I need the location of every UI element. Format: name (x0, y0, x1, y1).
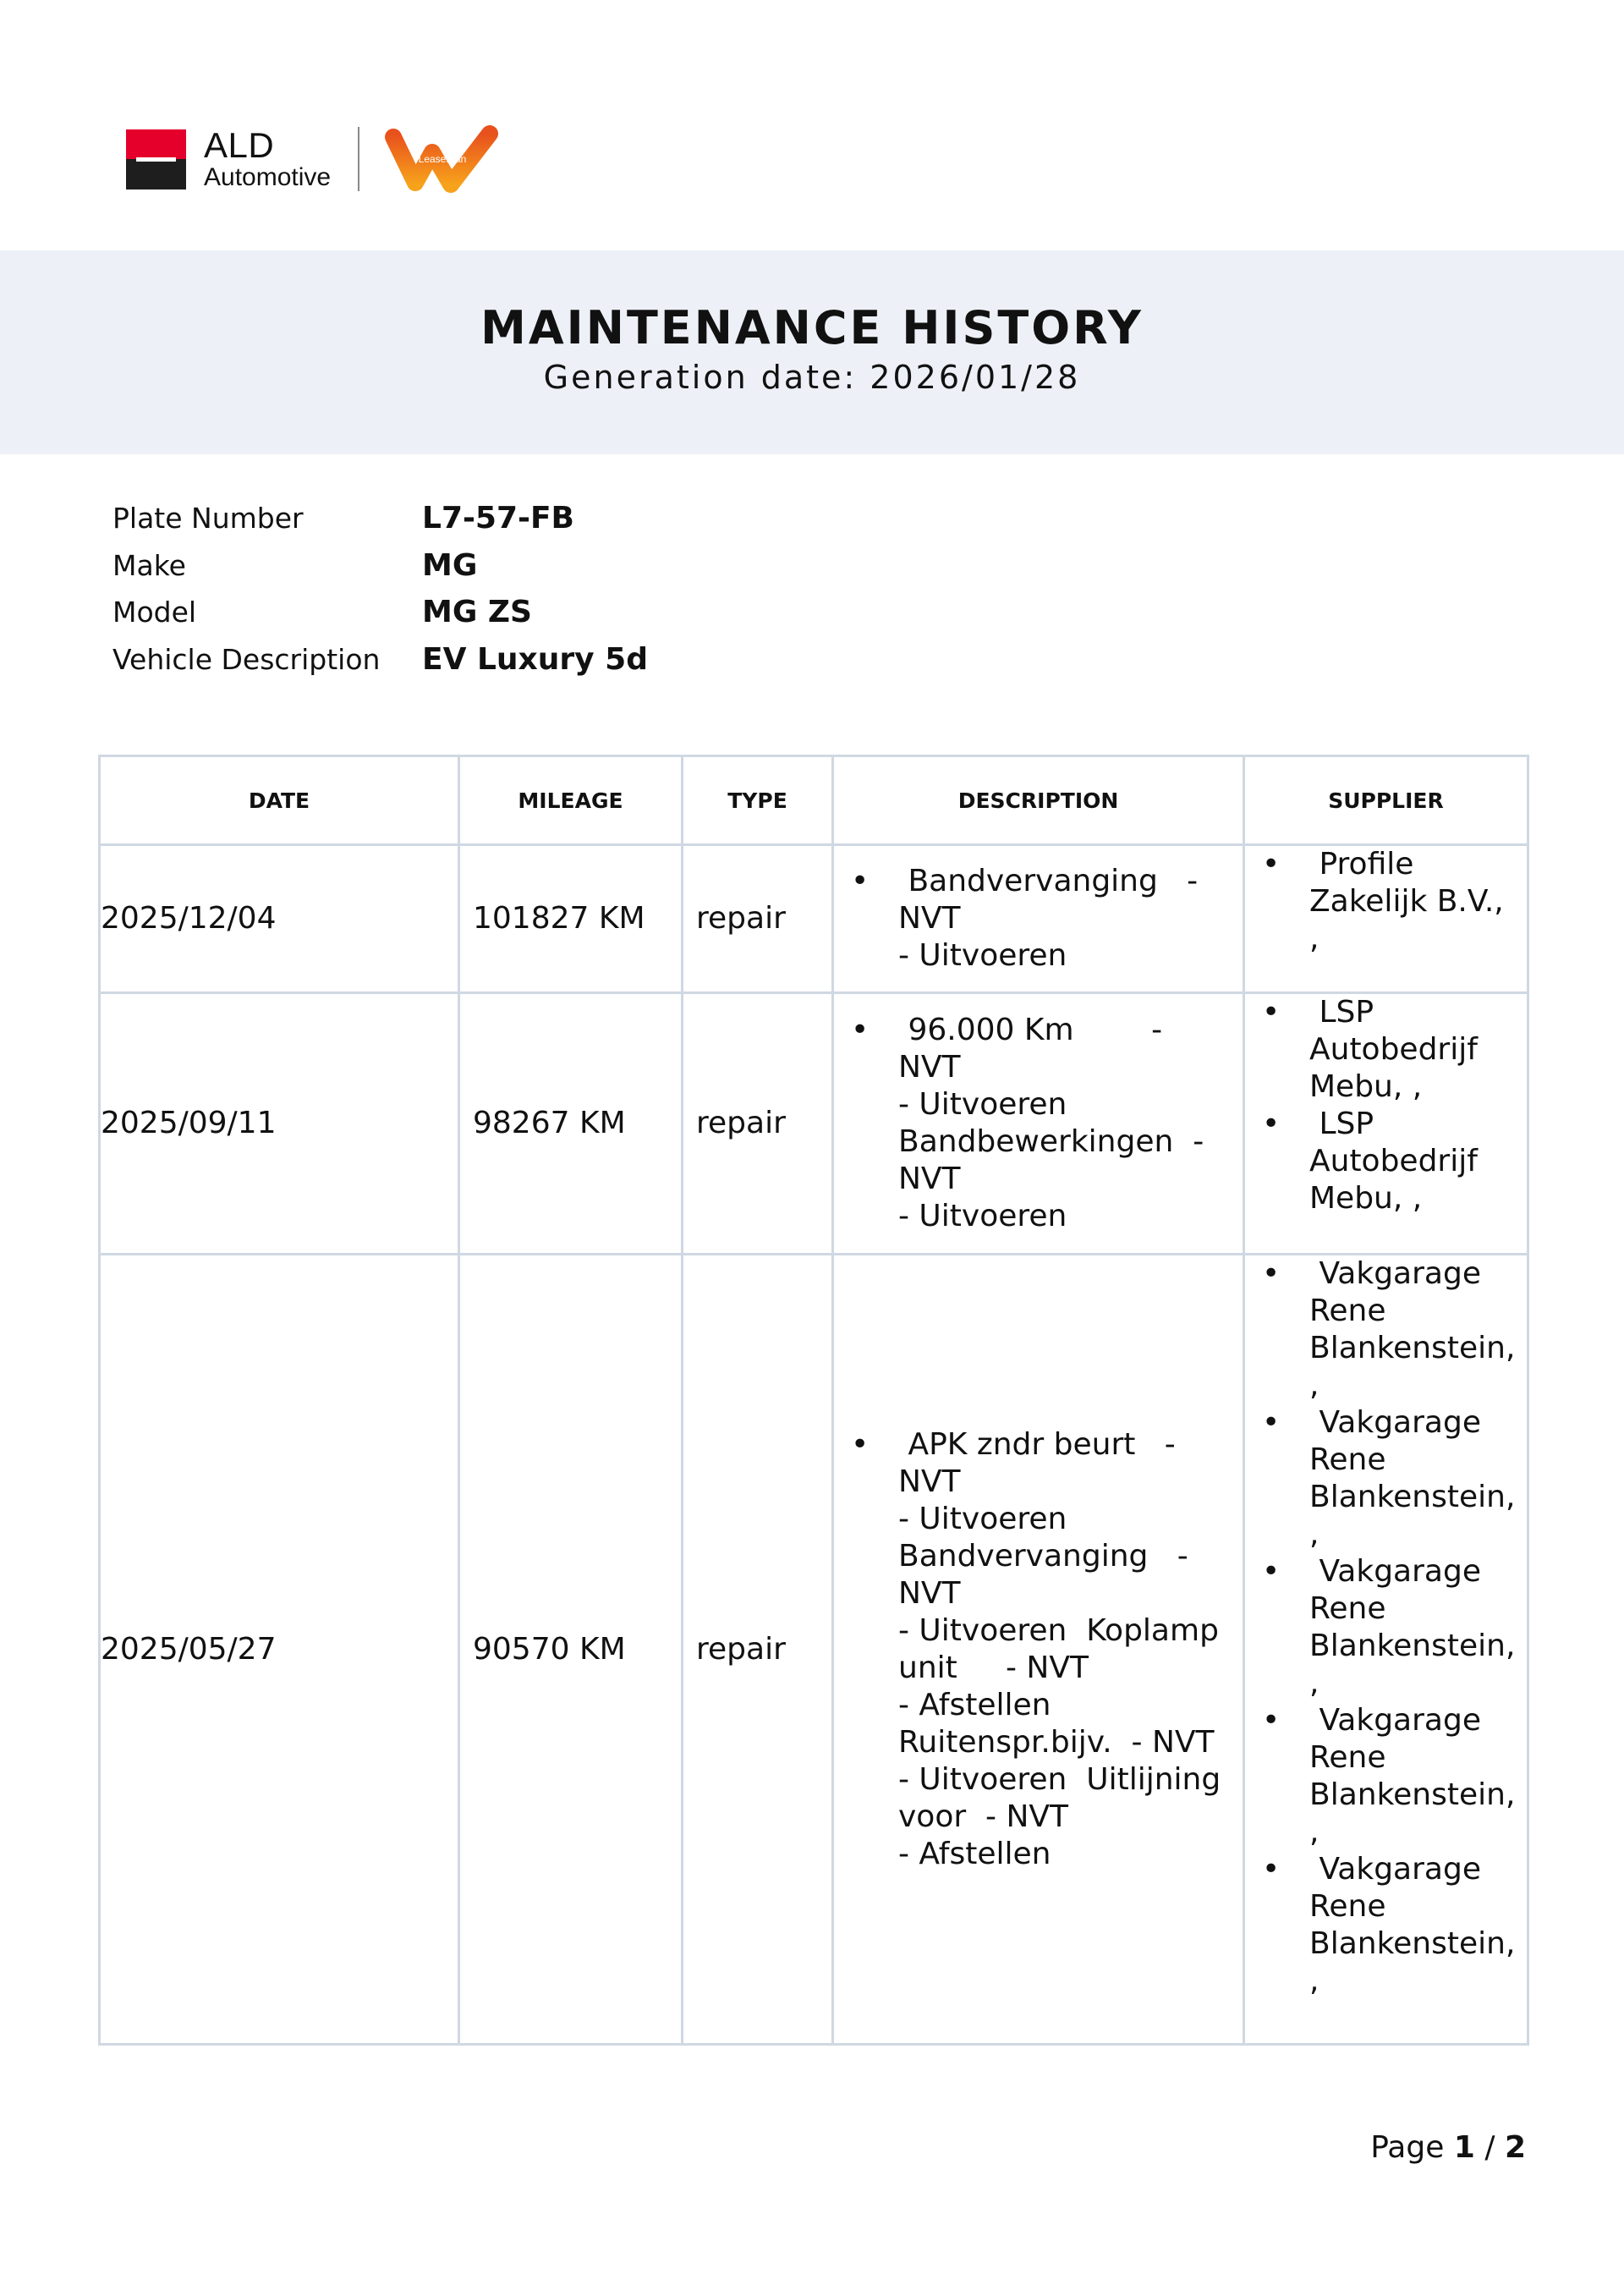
cell-mileage: 98267 KM (459, 993, 683, 1255)
cell-supplier: LSP Autobedrijf Mebu, , LSP Autobedrijf … (1244, 993, 1528, 1255)
cell-description: 96.000 Km - NVT - Uitvoeren Bandbewerkin… (833, 993, 1244, 1255)
supplier-item: LSP Autobedrijf Mebu, , (1309, 1106, 1520, 1217)
table-header-row: DATE MILEAGE TYPE DESCRIPTION SUPPLIER (100, 756, 1528, 845)
description-list: Bandvervanging - NVT - Uitvoeren (834, 863, 1243, 975)
field-label: Plate Number (112, 502, 422, 535)
field-label: Model (112, 596, 422, 629)
supplier-list: Vakgarage Rene Blankenstein, , Vakgarage… (1245, 1255, 1527, 2000)
supplier-item: Vakgarage Rene Blankenstein, , (1309, 1255, 1520, 1404)
description-list: APK zndr beurt - NVT - Uitvoeren Bandver… (834, 1426, 1243, 1873)
table-row: 2025/05/27 90570 KM repair APK zndr beur… (100, 1255, 1528, 2045)
supplier-item: LSP Autobedrijf Mebu, , (1309, 994, 1520, 1106)
vehicle-field-description: Vehicle Description EV Luxury 5d (112, 642, 648, 689)
column-header-type: TYPE (683, 756, 833, 845)
cell-description: APK zndr beurt - NVT - Uitvoeren Bandver… (833, 1255, 1244, 2045)
logo-divider (358, 127, 359, 191)
field-value: EV Luxury 5d (422, 642, 648, 677)
generation-date: Generation date: 2026/01/28 (0, 359, 1624, 396)
field-value: L7-57-FB (422, 501, 574, 536)
field-label: Vehicle Description (112, 643, 422, 676)
leaseplan-logo-icon: LeasePlan (385, 125, 499, 193)
supplier-item: Vakgarage Rene Blankenstein, , (1309, 1553, 1520, 1702)
cell-mileage: 101827 KM (459, 845, 683, 993)
cell-supplier: Vakgarage Rene Blankenstein, , Vakgarage… (1244, 1255, 1528, 2045)
column-header-date: DATE (100, 756, 459, 845)
cell-supplier: Profile Zakelijk B.V., , (1244, 845, 1528, 993)
ald-logo-line2: Automotive (204, 165, 331, 190)
supplier-item: Profile Zakelijk B.V., , (1309, 846, 1520, 958)
supplier-item: Vakgarage Rene Blankenstein, , (1309, 1404, 1520, 1553)
logo-bar: ALD Automotive LeasePlan (126, 125, 499, 193)
ald-logo-line1: ALD (204, 128, 331, 163)
page-separator: / (1484, 2130, 1495, 2165)
field-label: Make (112, 549, 422, 582)
cell-mileage: 90570 KM (459, 1255, 683, 2045)
column-header-supplier: SUPPLIER (1244, 756, 1528, 845)
column-header-description: DESCRIPTION (833, 756, 1244, 845)
table-row: 2025/09/11 98267 KM repair 96.000 Km - N… (100, 993, 1528, 1255)
total-pages: 2 (1505, 2130, 1526, 2165)
description-item: APK zndr beurt - NVT - Uitvoeren Bandver… (898, 1426, 1234, 1873)
cell-type: repair (683, 845, 833, 993)
description-list: 96.000 Km - NVT - Uitvoeren Bandbewerkin… (834, 1012, 1243, 1235)
current-page: 1 (1454, 2130, 1475, 2165)
page-title: MAINTENANCE HISTORY (0, 301, 1624, 354)
cell-description: Bandvervanging - NVT - Uitvoeren (833, 845, 1244, 993)
cell-type: repair (683, 993, 833, 1255)
column-header-mileage: MILEAGE (459, 756, 683, 845)
ald-logo-icon (126, 129, 186, 190)
cell-date: 2025/09/11 (100, 993, 459, 1255)
maintenance-table: DATE MILEAGE TYPE DESCRIPTION SUPPLIER 2… (98, 755, 1529, 2046)
page-indicator: Page 1 / 2 (1370, 2130, 1526, 2165)
svg-text:LeasePlan: LeasePlan (419, 153, 467, 165)
vehicle-field-model: Model MG ZS (112, 595, 648, 642)
title-band: MAINTENANCE HISTORY Generation date: 202… (0, 250, 1624, 454)
supplier-list: LSP Autobedrijf Mebu, , LSP Autobedrijf … (1245, 994, 1527, 1217)
supplier-item: Vakgarage Rene Blankenstein, , (1309, 1851, 1520, 2000)
page-label: Page (1370, 2130, 1444, 2165)
field-value: MG (422, 548, 477, 583)
vehicle-field-make: Make MG (112, 548, 648, 596)
vehicle-info: Plate Number L7-57-FB Make MG Model MG Z… (112, 501, 648, 689)
vehicle-field-plate: Plate Number L7-57-FB (112, 501, 648, 548)
supplier-list: Profile Zakelijk B.V., , (1245, 846, 1527, 958)
cell-type: repair (683, 1255, 833, 2045)
cell-date: 2025/12/04 (100, 845, 459, 993)
cell-date: 2025/05/27 (100, 1255, 459, 2045)
ald-logo-text: ALD Automotive (204, 128, 331, 190)
supplier-item: Vakgarage Rene Blankenstein, , (1309, 1702, 1520, 1851)
description-item: Bandvervanging - NVT - Uitvoeren (898, 863, 1234, 975)
field-value: MG ZS (422, 595, 532, 629)
description-item: 96.000 Km - NVT - Uitvoeren Bandbewerkin… (898, 1012, 1234, 1235)
table-row: 2025/12/04 101827 KM repair Bandvervangi… (100, 845, 1528, 993)
